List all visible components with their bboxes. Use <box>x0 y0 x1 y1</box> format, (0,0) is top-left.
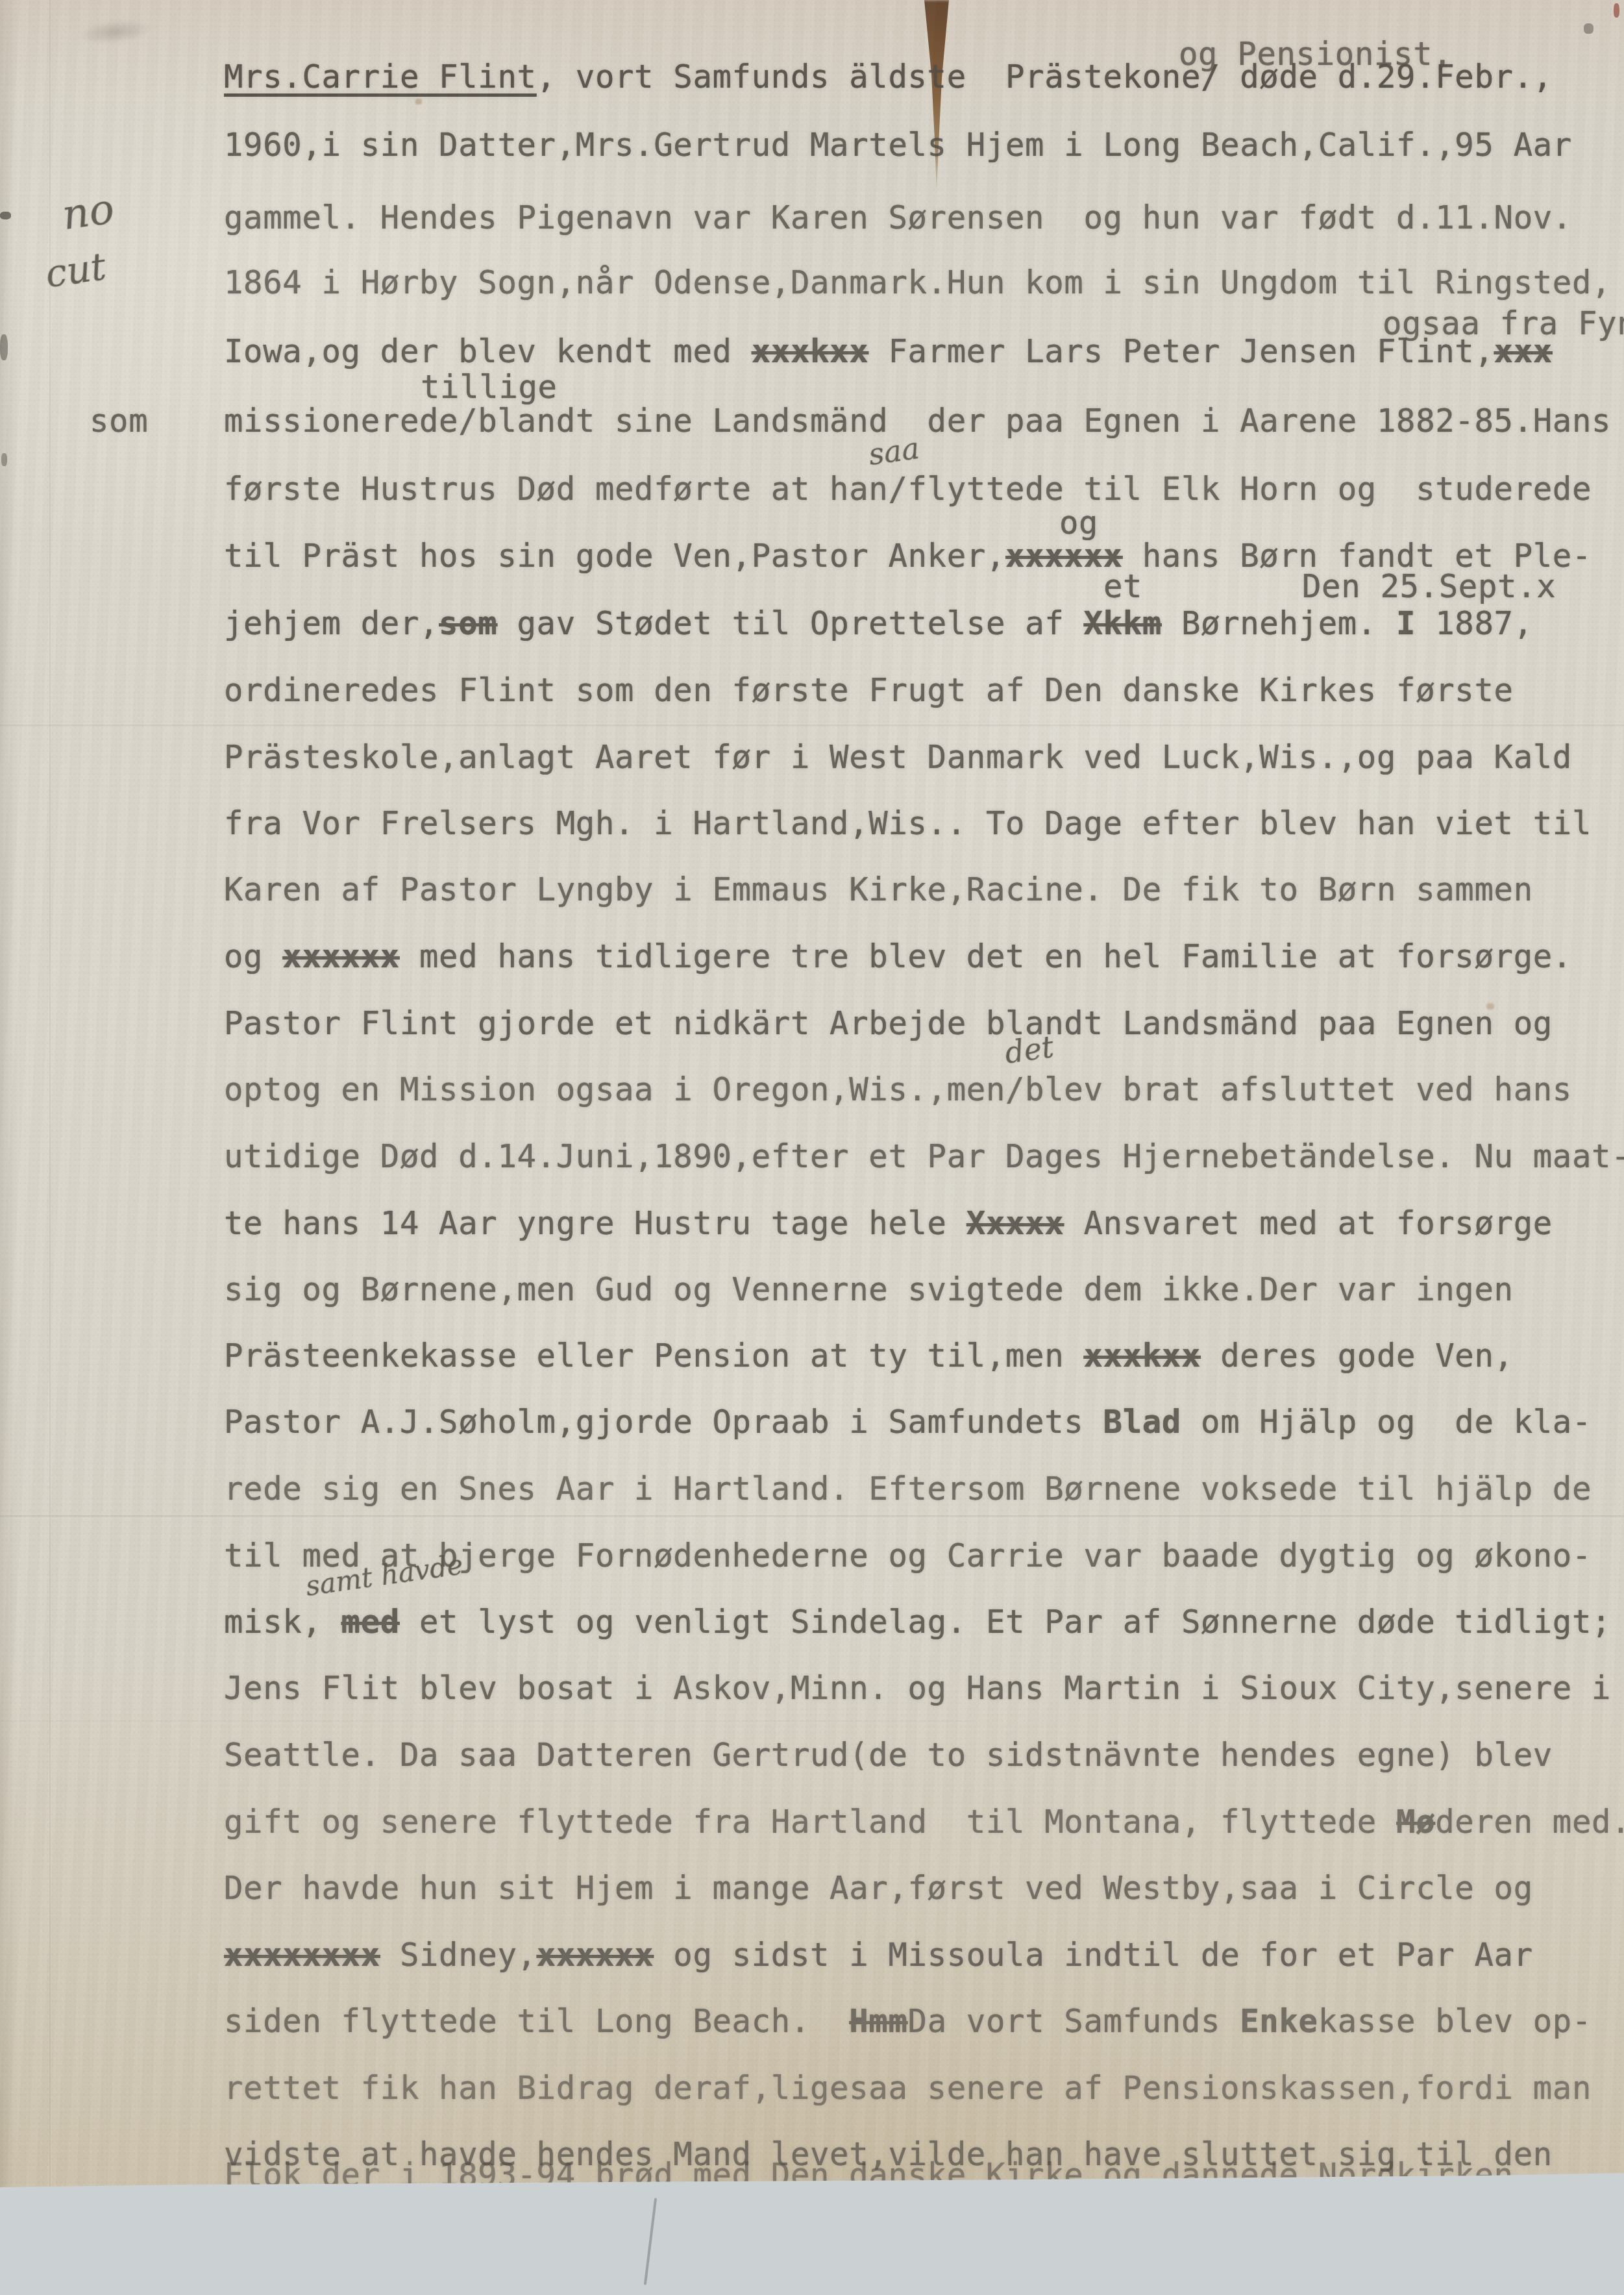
typed-line: Karen af Pastor Lyngby i Emmaus Kirke,Ra… <box>224 873 1533 906</box>
pencil-smudge <box>64 11 167 53</box>
typed-line: jehjem der,som gav Stødet til Oprettelse… <box>224 607 1533 640</box>
typed-line: gammel. Hendes Pigenavn var Karen Sørens… <box>224 201 1572 234</box>
edge-speck <box>1 453 7 466</box>
typed-line: Iowa,og der blev kendt med xxxkxx Farmer… <box>224 335 1553 368</box>
paper-sheet: Mrs.Carrie Flint, vort Samfunds äldste P… <box>0 0 1624 2295</box>
typed-line: gift og senere flyttede fra Hartland til… <box>224 1805 1624 1839</box>
scanner-scratch <box>644 2198 657 2285</box>
typed-insert: og Pensionist, <box>1179 38 1452 71</box>
typed-line: Pastor A.J.Søholm,gjorde Opraab i Samfun… <box>224 1406 1592 1439</box>
typed-line: Prästeenkekasse eller Pension at ty til,… <box>224 1339 1514 1372</box>
typed-line: og xxxxxx med hans tidligere tre blev de… <box>224 940 1572 973</box>
typed-line: 1960,i sin Datter,Mrs.Gertrud Martels Hj… <box>224 129 1572 162</box>
typed-line: Pastor Flint gjorde et nidkärt Arbejde b… <box>224 1007 1553 1040</box>
burn-stain <box>920 0 953 195</box>
foxing-dot <box>1486 1003 1494 1010</box>
red-mark <box>1614 3 1619 18</box>
typed-line: Flok der i 1893-94 brød med Den danske K… <box>224 2159 1514 2192</box>
typed-insert: Den 25.Sept.x <box>1302 570 1556 603</box>
handwritten-note: samt havde <box>304 1548 465 1602</box>
typed-insert: tillige <box>421 371 558 404</box>
typed-line: siden flyttede til Long Beach. HmmDa vor… <box>224 2005 1592 2038</box>
typed-insert: et <box>1103 570 1142 603</box>
vertical-crease <box>49 0 52 2187</box>
handwritten-note: det <box>1003 1029 1056 1071</box>
typed-line: fra Vor Frelsers Mgh. i Hartland,Wis.. T… <box>224 807 1592 840</box>
typed-line: ordineredes Flint som den første Frugt a… <box>224 674 1514 707</box>
left-edge-shadow <box>0 0 17 2187</box>
edge-speck <box>0 212 11 219</box>
typed-line: optog en Mission ogsaa i Oregon,Wis.,men… <box>224 1073 1572 1106</box>
typed-line: til med at bjerge Fornødenhederne og Car… <box>224 1539 1592 1572</box>
typed-line: Jens Flit blev bosat i Askov,Minn. og Ha… <box>224 1672 1611 1705</box>
handwritten-note: cut <box>43 244 109 296</box>
typed-line: rede sig en Snes Aar i Hartland. Efterso… <box>224 1472 1592 1506</box>
typed-line: 1864 i Hørby Sogn,når Odense,Danmark.Hun… <box>224 266 1611 299</box>
typed-line: utidige Død d.14.Juni,1890,efter et Par … <box>224 1140 1624 1173</box>
typed-line: Der havde hun sit Hjem i mange Aar,først… <box>224 1872 1533 1905</box>
typed-insert: ogsaa fra Fyn <box>1383 307 1624 340</box>
typed-line: vidste at havde hendes Mand levet,vilde … <box>224 2138 1553 2171</box>
horizontal-fold-crease <box>0 1720 974 1723</box>
scanned-page: Mrs.Carrie Flint, vort Samfunds äldste P… <box>0 0 1624 2295</box>
typed-line: Mrs.Carrie Flint, vort Samfunds äldste P… <box>224 60 1553 93</box>
handwritten-note: no <box>59 185 117 240</box>
typed-line: missionerede/blandt sine Landsmänd der p… <box>224 404 1611 438</box>
handwritten-note: saa <box>867 430 922 472</box>
typed-line: til Präst hos sin gode Ven,Pastor Anker,… <box>224 540 1592 573</box>
horizontal-fold-crease <box>0 725 1624 728</box>
ink-speck <box>1584 23 1593 34</box>
typed-insert: som <box>90 404 148 438</box>
edge-speck <box>0 334 8 360</box>
typed-line: rettet fik han Bidrag deraf,ligesaa sene… <box>224 2072 1592 2105</box>
typed-line: Prästeskole,anlagt Aaret før i West Danm… <box>224 741 1572 774</box>
horizontal-fold-crease <box>0 1515 1624 1519</box>
typed-line: Seattle. Da saa Datteren Gertrud(de to s… <box>224 1739 1553 1772</box>
typed-line: misk, med et lyst og venligt Sindelag. E… <box>224 1606 1611 1639</box>
typed-line: sig og Børnene,men Gud og Vennerne svigt… <box>224 1273 1514 1306</box>
typed-line: te hans 14 Aar yngre Hustru tage hele Xx… <box>224 1207 1553 1240</box>
typed-line: første Hustrus Død medførte at han/flytt… <box>224 473 1592 506</box>
foxing-dot <box>415 99 422 105</box>
typed-line: xxxxxxxx Sidney,xxxxxx og sidst i Missou… <box>224 1939 1533 1972</box>
typed-insert: og <box>1059 506 1098 540</box>
